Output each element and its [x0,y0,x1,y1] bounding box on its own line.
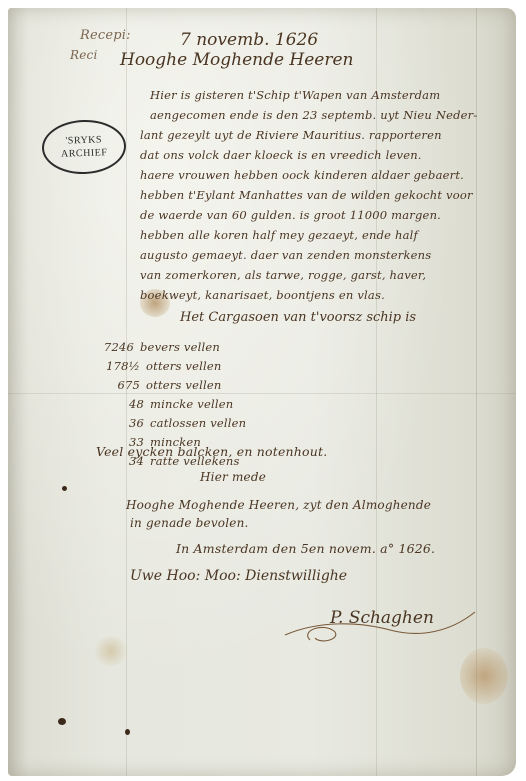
ink-blot [58,718,66,725]
valediction: Uwe Hoo: Moo: Dienstwillighe [130,568,347,584]
body-line: hebben t'Eylant Manhattes van de wilden … [140,188,473,202]
stamp-line-1: 'SRYKS [65,133,102,147]
water-stain [460,648,508,704]
cargo-qty: 178½ [96,359,140,373]
water-stain [94,636,128,666]
cargo-footer: Veel eycken balcken, en notenhout. [96,444,327,459]
body-line: haere vrouwen hebben oock kinderen aldae… [140,168,464,182]
ink-blot [125,729,130,735]
ink-blot [62,486,67,491]
marginal-note-2: Reci [70,48,98,62]
cargo-desc: otters vellen [146,378,222,392]
closing-line-2: Hooghe Moghende Heeren, zyt den Almoghen… [126,498,431,512]
salutation: Hooghe Moghende Heeren [120,50,354,70]
stamp-line-2: ARCHIEF [61,146,108,161]
cargo-desc: bevers vellen [140,340,220,354]
fold-line [376,8,377,776]
body-line: boekweyt, kanarisaet, boontjens en vlas. [140,288,385,302]
cargo-item: 675otters vellen [96,378,222,392]
body-line: aengecomen ende is den 23 septemb. uyt N… [150,108,477,122]
cargo-item: 36catlossen vellen [100,416,246,430]
cargo-qty: 675 [96,378,140,392]
body-line: van zomerkoren, als tarwe, rogge, garst,… [140,268,426,282]
closing-line-1: Hier mede [200,470,266,484]
cargo-desc: mincke vellen [150,397,233,411]
closing-line-3: in genade bevolen. [130,516,249,530]
marginal-note-1: Recepi: [80,28,131,43]
signature: P. Schaghen [330,608,434,628]
body-line: Hier is gisteren t'Schip t'Wapen van Ams… [150,88,440,102]
body-line: lant gezeylt uyt de Riviere Mauritius. r… [140,128,442,142]
cargo-item: 178½otters vellen [96,359,222,373]
cargo-qty: 7246 [90,340,134,354]
dated-heading: 7 novemb. 1626 [180,30,318,50]
fold-line [8,393,516,394]
cargo-item: 48mincke vellen [100,397,233,411]
cargo-qty: 36 [100,416,144,430]
body-line: hebben alle koren half mey gezaeyt, ende… [140,228,418,242]
cargo-desc: catlossen vellen [150,416,246,430]
cargo-item: 7246bevers vellen [90,340,220,354]
body-line: de waerde van 60 gulden. is groot 11000 … [140,208,441,222]
body-line: augusto gemaeyt. daer van zenden monster… [140,248,431,262]
cargo-heading: Het Cargasoen van t'voorsz schip is [180,310,416,325]
cargo-desc: otters vellen [146,359,222,373]
cargo-qty: 48 [100,397,144,411]
place-date: In Amsterdam den 5en novem. a° 1626. [176,541,435,556]
body-line: dat ons volck daer kloeck is en vreedich… [140,148,422,162]
fold-line [126,8,127,776]
